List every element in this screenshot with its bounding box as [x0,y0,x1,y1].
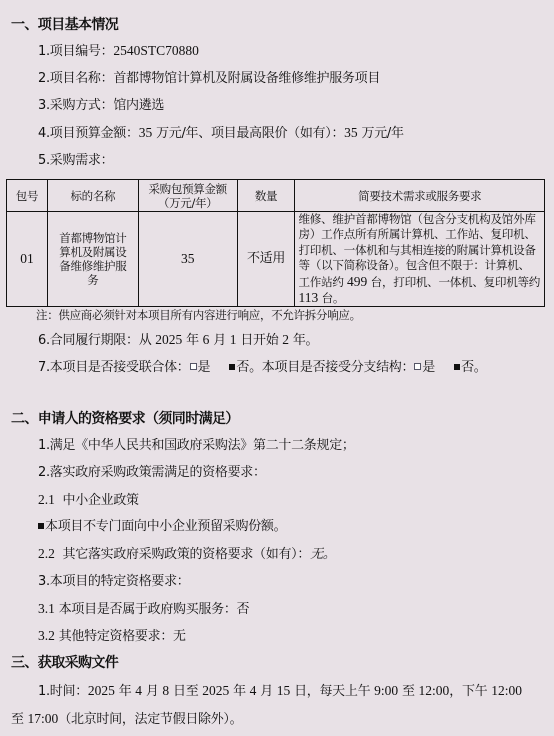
pm-end: 17:00 [28,711,59,726]
procurement-method-label: 3.采购方式： [38,98,113,113]
text-pm: ，下午 [449,684,491,699]
cell-description: 维修、维护首都博物馆（包含分支机构及馆外库房）工作点所有所属计算机、工作站、复印… [295,212,545,307]
branch-yes-checkbox[interactable] [414,363,421,370]
procurement-method: 3.采购方式：馆内遴选 [38,97,164,115]
budget-label: 4.项目预算金额： [38,126,139,141]
text-month: 月 [209,333,229,348]
header-item-name: 标的名称 [47,180,138,212]
header-quantity: 数量 [237,180,295,212]
cell-budget: 35 [138,212,237,307]
qualification-2: 2.落实政府采购政策需满足的资格要求： [38,464,266,482]
project-name: 2.项目名称：首都博物馆计算机及附属设备维修维护服务项目 [38,70,380,88]
budget-value: 35 [139,125,153,140]
cell-package-no: 01 [7,212,48,307]
section-1-title: 一、项目基本情况 [11,16,118,34]
header-description: 简要技术需求或服务要求 [295,180,545,212]
qualification-3-1: 3.1 本项目是否属于政府购买服务：否 [38,600,249,619]
text-years: 年。 [289,333,318,348]
qualification-3-2: 3.2 其他特定资格要求：无 [38,627,186,646]
consortium-label: 7.本项目是否接受联合体： [38,360,190,375]
qualification-2-2-num: 2.2 [38,546,55,561]
cell-quantity: 不适用 [237,212,295,307]
qualification-2-2-value: 无。 [310,547,335,562]
qualification-3-2-text: 其他特定资格要求：无 [59,629,186,644]
printer-count: 113 [298,290,318,305]
qualification-1: 1.满足《中华人民共和国政府采购法》第二十二条规定； [38,437,355,455]
consortium-yes-label: 是 [198,360,211,375]
time-note: （北京时间，法定节假日除外）。 [58,712,242,727]
table-header-row: 包号 标的名称 采购包预算金额（万元/年） 数量 简要技术需求或服务要求 [7,180,545,212]
description-text-mid: 台，打印机、一体机、复印机等约 [367,275,540,289]
project-name-value: 首都博物馆计算机及附属设备维修维护服务项目 [113,71,380,86]
qualification-2-1-text: 中小企业政策 [63,493,139,508]
end-year: 2025 [202,683,229,698]
text-to: 日至 [169,684,202,699]
consortium-no-label: 否。 [236,360,261,375]
text-year: 年 [115,684,135,699]
text-year: 年 [182,333,202,348]
sme-reservation: 本项目不专门面向中小企业预留采购份额。 [38,518,286,536]
sme-reservation-checkbox[interactable] [38,523,44,529]
consortium-yes-checkbox[interactable] [190,363,197,370]
time-label: 1.时间： [11,684,88,699]
header-package-no: 包号 [7,180,48,212]
contract-year: 2025 [155,332,182,347]
qualification-2-1-num: 2.1 [38,492,55,507]
end-day: 15 [277,683,291,698]
am-start: 9:00 [374,683,398,698]
project-name-label: 2.项目名称： [38,71,113,86]
sme-reservation-text: 本项目不专门面向中小企业预留采购份额。 [45,519,286,534]
consortium-no-checkbox[interactable] [229,364,235,370]
branch-no-label: 否。 [461,360,486,375]
am-end: 12:00 [419,683,450,698]
description-text-end: 台。 [318,291,344,305]
section-2-title: 二、申请人的资格要求（须同时满足） [11,410,239,428]
contract-day: 1 [230,332,237,347]
table-row: 01 首都博物馆计算机及附属设备维修维护服务 35 不适用 维修、维护首都博物馆… [7,212,545,307]
text-month: 月 [256,684,276,699]
branch-yes-label: 是 [422,360,435,375]
header-budget-line1: 采购包预算金额 [148,182,226,196]
text-month: 月 [142,684,162,699]
branch-no-checkbox[interactable] [454,364,460,370]
qualification-2-1: 2.1 中小企业政策 [38,491,139,510]
qualification-3-1-text: 本项目是否属于政府购买服务：否 [59,602,250,617]
text-to: 至 [398,684,418,699]
project-number: 1.项目编号：2540STC70880 [38,42,199,61]
header-budget: 采购包预算金额（万元/年） [138,180,237,212]
header-budget-line2: （万元/年） [158,196,218,210]
procurement-requirements-label: 5.采购需求： [38,152,113,170]
branch-label: 本项目是否接受分支结构： [262,360,414,375]
qualification-2-2-text: 其它落实政府采购政策的资格要求（如有）： [63,547,311,562]
project-budget: 4.项目预算金额：35 万元/年、项目最高限价（如有）：35 万元/年 [38,124,404,143]
procurement-method-value: 馆内遴选 [113,98,164,113]
qualification-3-1-num: 3.1 [38,601,55,616]
project-number-value: 2540STC70880 [113,43,199,58]
document-acquisition-time: 1.时间：2025 年 4 月 8 日至 2025 年 4 月 15 日，每天上… [11,677,546,733]
cell-item-name: 首都博物馆计算机及附属设备维修维护服务 [47,212,138,307]
contract-period-label: 6.合同履行期限：从 [38,333,155,348]
budget-unit: 万元/年、项目最高限价（如有）： [156,126,344,141]
pm-start: 12:00 [491,683,522,698]
qualification-3: 3.本项目的特定资格要求： [38,573,190,591]
project-number-label: 1.项目编号： [38,44,113,59]
qualification-2-2: 2.2 其它落实政府采购政策的资格要求（如有）：无。 [38,545,335,564]
text-am: 日，每天上午 [290,684,374,699]
workstation-count: 499 [347,274,367,289]
section-3-title: 三、获取采购文件 [11,654,118,672]
max-price-value: 35 [344,125,358,140]
requirements-table: 包号 标的名称 采购包预算金额（万元/年） 数量 简要技术需求或服务要求 01 … [6,179,545,307]
table-note: 注：供应商必须针对本项目所有内容进行响应，不允许拆分响应。 [36,307,361,323]
start-year: 2025 [88,683,115,698]
contract-period: 6.合同履行期限：从 2025 年 6 月 1 日开始 2 年。 [38,331,318,350]
text-day: 日开始 [237,333,283,348]
contract-duration: 2 [282,332,289,347]
max-price-unit: 万元/年 [362,126,404,141]
text-year: 年 [229,684,249,699]
consortium-question: 7.本项目是否接受联合体：是 否。本项目是否接受分支结构：是 否。 [38,359,486,377]
text-to: 至 [11,712,28,727]
qualification-3-2-num: 3.2 [38,628,55,643]
